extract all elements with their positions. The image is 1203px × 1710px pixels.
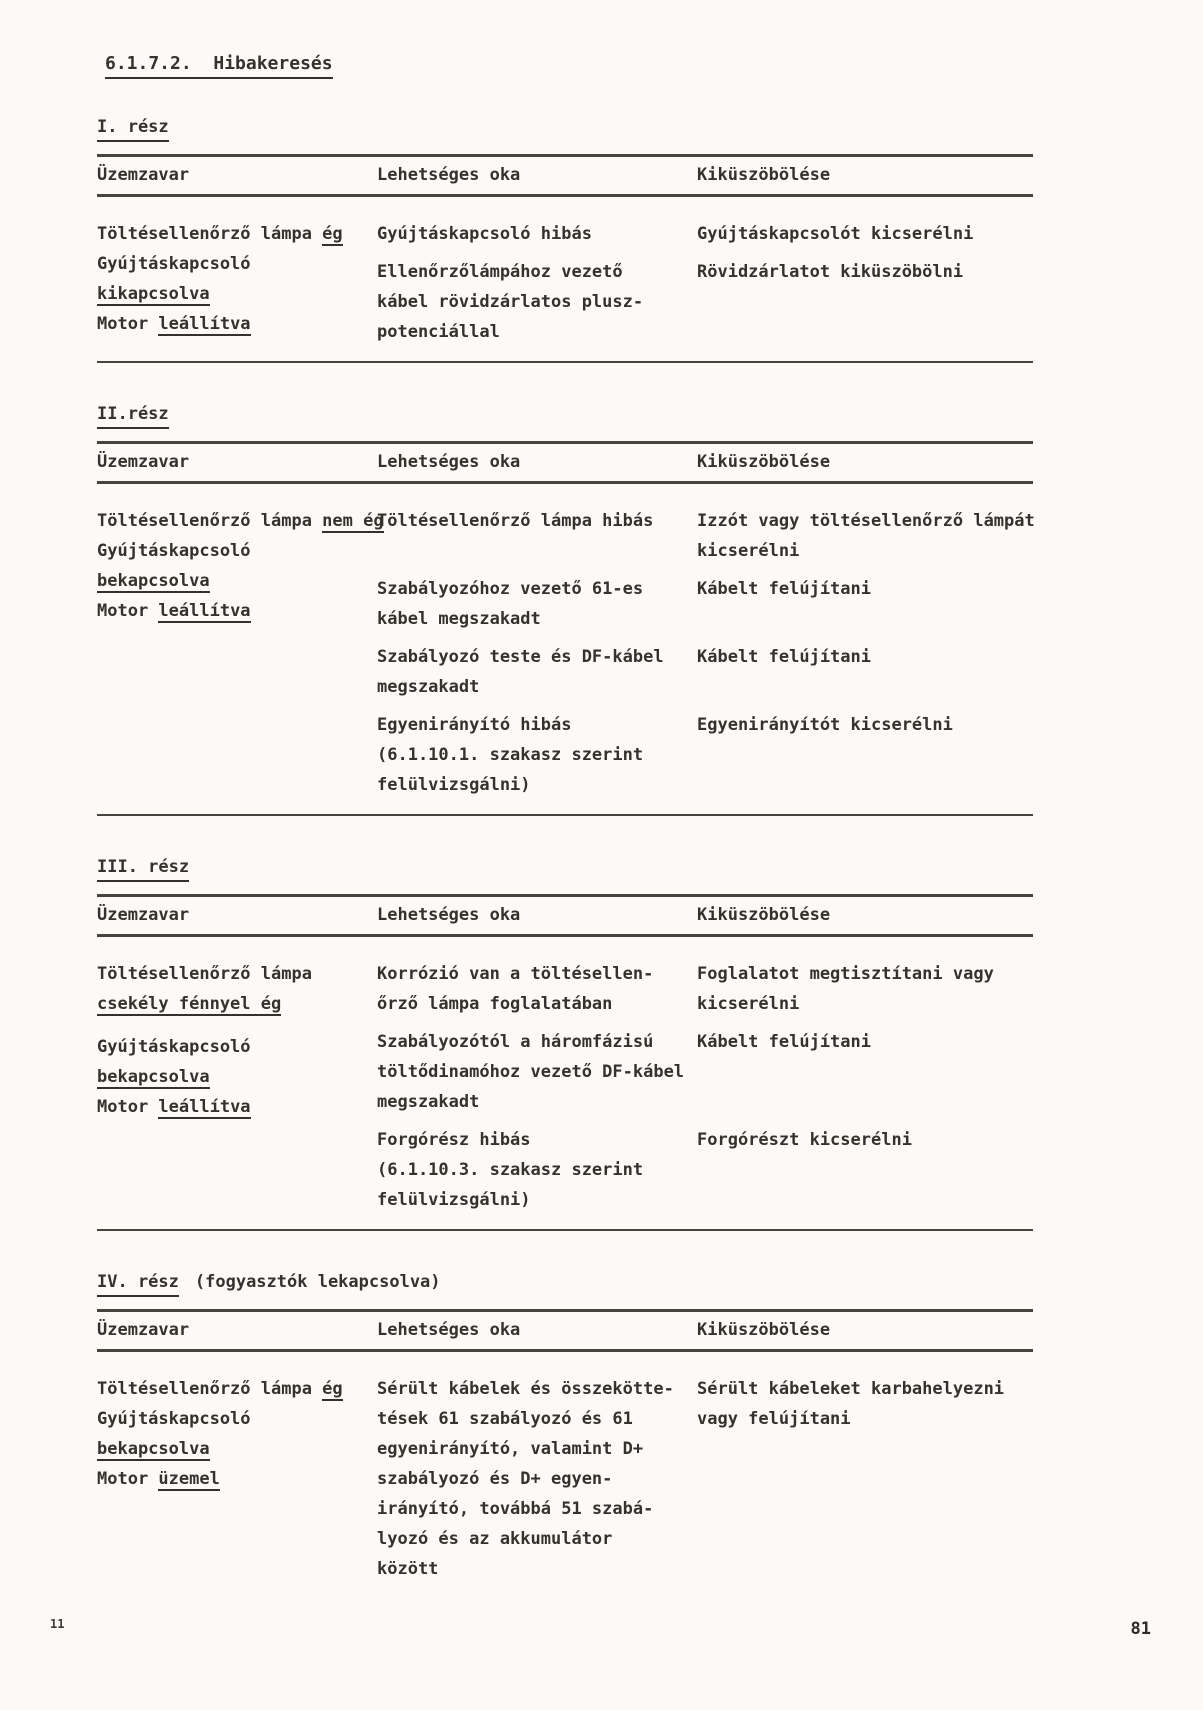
text: Forgórész hibás (377, 1130, 531, 1150)
text: Kábelt felújítani (697, 1032, 871, 1052)
text: Kábelt felújítani (697, 579, 871, 599)
troubleshooting-section: I. rész Üzemzavar Lehetséges oka Kiküszö… (97, 116, 1033, 363)
text: Forgórészt kicserélni (697, 1130, 912, 1150)
cause-cell: Gyújtáskapcsoló hibás (377, 219, 697, 249)
column-header: Kiküszöbölése (697, 904, 1033, 926)
column-header: Üzemzavar (97, 451, 377, 473)
page-title-text: 6.1.7.2. Hibakeresés (105, 53, 333, 79)
symptom-cell: Töltésellenőrző lámpa nem égGyújtáskapcs… (97, 506, 377, 800)
underlined-text: ég (322, 1379, 342, 1401)
text: lyozó és az akkumulátor (377, 1529, 612, 1549)
symptom-line: Motor üzemel (97, 1464, 377, 1494)
remedy-cell: Kábelt felújítani (697, 642, 1035, 702)
troubleshooting-section: II.rész Üzemzavar Lehetséges oka Kiküszö… (97, 403, 1033, 816)
cause-line: Gyújtáskapcsoló hibás (377, 219, 697, 249)
text: vagy felújítani (697, 1409, 851, 1429)
text: Sérült kábelek és összekötte- (377, 1379, 674, 1399)
text: Gyújtáskapcsoló (97, 1409, 251, 1429)
text: megszakadt (377, 1092, 479, 1112)
remedy-line: Kábelt felújítani (697, 574, 1035, 604)
underlined-text: üzemel (158, 1469, 219, 1491)
cause-line: Forgórész hibás (377, 1125, 697, 1155)
symptom-line: Töltésellenőrző lámpa ég (97, 219, 377, 249)
scanned-manual-page: 6.1.7.2. Hibakeresés I. rész Üzemzavar L… (0, 0, 1203, 1710)
table-header-row: Üzemzavar Lehetséges oka Kiküszöbölése (97, 154, 1033, 197)
text: Töltésellenőrző lámpa hibás (377, 511, 653, 531)
column-header: Lehetséges oka (377, 1319, 697, 1341)
text: Töltésellenőrző lámpa (97, 224, 322, 244)
cause-cell: Szabályozó teste és DF-kábelmegszakadt (377, 642, 697, 702)
cause-line: Korrózió van a töltésellen- (377, 959, 697, 989)
page-content: 6.1.7.2. Hibakeresés I. rész Üzemzavar L… (97, 52, 1033, 1598)
symptom-line: Motor leállítva (97, 309, 377, 339)
text: Ellenőrzőlámpához vezető (377, 262, 623, 282)
column-header: Kiküszöbölése (697, 164, 1033, 186)
remedy-line: Gyújtáskapcsolót kicserélni (697, 219, 1033, 249)
text: Motor (97, 1097, 158, 1117)
troubleshooting-table: Üzemzavar Lehetséges oka Kiküszöbölése T… (97, 441, 1033, 816)
text: Rövidzárlatot kiküszöbölni (697, 262, 963, 282)
remedy-cell: Foglalatot megtisztítani vagykicserélni (697, 959, 1033, 1019)
cause-remedy-list: Gyújtáskapcsoló hibásGyújtáskapcsolót ki… (377, 219, 1033, 347)
cause-line: kábel megszakadt (377, 604, 697, 634)
text: felülvizsgálni) (377, 775, 531, 795)
text: Gyújtáskapcsoló (97, 1037, 251, 1057)
symptom-line: Gyújtáskapcsoló (97, 1404, 377, 1434)
remedy-line: Rövidzárlatot kiküszöbölni (697, 257, 1033, 287)
table-body: Töltésellenőrző lámpacsekély fénnyel égG… (97, 937, 1033, 1231)
table-body: Töltésellenőrző lámpa égGyújtáskapcsolób… (97, 1352, 1033, 1598)
page-title: 6.1.7.2. Hibakeresés (105, 52, 1033, 76)
cause-remedy-list: Sérült kábelek és összekötte-tések 61 sz… (377, 1374, 1033, 1584)
cause-line: Szabályozó teste és DF-kábel (377, 642, 697, 672)
underlined-text: leállítva (158, 1097, 250, 1119)
text: Motor (97, 1469, 158, 1489)
remedy-line: Foglalatot megtisztítani vagy (697, 959, 1033, 989)
text: kábel megszakadt (377, 609, 541, 629)
text: Gyújtáskapcsolót kicserélni (697, 224, 973, 244)
text: egyenirányító, valamint D+ (377, 1439, 643, 1459)
page-number: 81 (1131, 1621, 1151, 1638)
cause-remedy-list: Korrózió van a töltésellen-őrző lámpa fo… (377, 959, 1033, 1215)
symptom-line: csekély fénnyel ég (97, 989, 377, 1019)
cause-line: irányító, továbbá 51 szabá- (377, 1494, 697, 1524)
remedy-line: Egyenirányítót kicserélni (697, 710, 1035, 740)
underlined-text: ég (322, 224, 342, 246)
underlined-text: leállítva (158, 314, 250, 336)
symptom-cell: Töltésellenőrző lámpa égGyújtáskapcsolób… (97, 1374, 377, 1584)
column-header: Lehetséges oka (377, 164, 697, 186)
symptom-line: Motor leállítva (97, 596, 377, 626)
symptom-line: bekapcsolva (97, 566, 377, 596)
column-header: Kiküszöbölése (697, 1319, 1033, 1341)
remedy-cell: Sérült kábeleket karbahelyeznivagy felúj… (697, 1374, 1033, 1584)
cause-line: szabályozó és D+ egyen- (377, 1464, 697, 1494)
symptom-line: Töltésellenőrző lámpa nem ég (97, 506, 377, 536)
section-label: I. rész (97, 117, 169, 142)
remedy-line: kicserélni (697, 536, 1035, 566)
underlined-text: bekapcsolva (97, 1067, 210, 1089)
text: Szabályozóhoz vezető 61-es (377, 579, 643, 599)
cause-line: között (377, 1554, 697, 1584)
text: Szabályozótól a háromfázisú (377, 1032, 653, 1052)
symptom-cell: Töltésellenőrző lámpa égGyújtáskapcsolók… (97, 219, 377, 347)
cause-cell: Egyenirányító hibás(6.1.10.1. szakasz sz… (377, 710, 697, 800)
cause-line: töltődinamóhoz vezető DF-kábel (377, 1057, 697, 1087)
symptom-line: Motor leállítva (97, 1092, 377, 1122)
underlined-text: nem ég (322, 511, 383, 533)
remedy-cell: Rövidzárlatot kiküszöbölni (697, 257, 1033, 347)
cause-cell: Szabályozóhoz vezető 61-eskábel megszaka… (377, 574, 697, 634)
remedy-line: kicserélni (697, 989, 1033, 1019)
text: Egyenirányítót kicserélni (697, 715, 953, 735)
underlined-text: csekély fénnyel ég (97, 994, 281, 1016)
symptom-line: bekapcsolva (97, 1062, 377, 1092)
symptom-line: Gyújtáskapcsoló (97, 249, 377, 279)
section-label: II.rész (97, 404, 169, 429)
text: megszakadt (377, 677, 479, 697)
text: Foglalatot megtisztítani vagy (697, 964, 994, 984)
text: között (377, 1559, 438, 1579)
text: (6.1.10.1. szakasz szerint (377, 745, 643, 765)
table-body: Töltésellenőrző lámpa nem égGyújtáskapcs… (97, 484, 1033, 816)
cause-line: potenciállal (377, 317, 697, 347)
text: Gyújtáskapcsoló (97, 541, 251, 561)
remedy-cell: Egyenirányítót kicserélni (697, 710, 1035, 800)
remedy-line: Kábelt felújítani (697, 642, 1035, 672)
underlined-text: bekapcsolva (97, 571, 210, 593)
cause-cell: Korrózió van a töltésellen-őrző lámpa fo… (377, 959, 697, 1019)
text: kicserélni (697, 541, 799, 561)
text: kicserélni (697, 994, 799, 1014)
remedy-line: Kábelt felújítani (697, 1027, 1033, 1057)
cause-line: Egyenirányító hibás (377, 710, 697, 740)
cause-cell: Forgórész hibás(6.1.10.3. szakasz szerin… (377, 1125, 697, 1215)
cause-line: lyozó és az akkumulátor (377, 1524, 697, 1554)
column-header: Üzemzavar (97, 164, 377, 186)
text: Korrózió van a töltésellen- (377, 964, 653, 984)
remedy-line: vagy felújítani (697, 1404, 1033, 1434)
section-heading: III. rész (97, 856, 1033, 878)
section-heading: I. rész (97, 116, 1033, 138)
cause-cell: Szabályozótól a háromfázisútöltődinamóho… (377, 1027, 697, 1117)
text: Kábelt felújítani (697, 647, 871, 667)
text: Izzót vagy töltésellenőrző lámpát (697, 511, 1035, 531)
remedy-cell: Gyújtáskapcsolót kicserélni (697, 219, 1033, 249)
table-header-row: Üzemzavar Lehetséges oka Kiküszöbölése (97, 1309, 1033, 1352)
symptom-line: Töltésellenőrző lámpa ég (97, 1374, 377, 1404)
troubleshooting-table: Üzemzavar Lehetséges oka Kiküszöbölése T… (97, 1309, 1033, 1598)
cause-cell: Ellenőrzőlámpához vezetőkábel rövidzárla… (377, 257, 697, 347)
column-header: Üzemzavar (97, 904, 377, 926)
section-heading: II.rész (97, 403, 1033, 425)
text: Motor (97, 314, 158, 334)
cause-line: Ellenőrzőlámpához vezető (377, 257, 697, 287)
symptom-line: bekapcsolva (97, 1434, 377, 1464)
table-header-row: Üzemzavar Lehetséges oka Kiküszöbölése (97, 894, 1033, 937)
cause-cell: Töltésellenőrző lámpa hibás (377, 506, 697, 566)
text: Sérült kábeleket karbahelyezni (697, 1379, 1004, 1399)
remedy-line: Forgórészt kicserélni (697, 1125, 1033, 1155)
text: Szabályozó teste és DF-kábel (377, 647, 664, 667)
cause-remedy-list: Töltésellenőrző lámpa hibásIzzót vagy tö… (377, 506, 1035, 800)
text: felülvizsgálni) (377, 1190, 531, 1210)
cause-line: Szabályozóhoz vezető 61-es (377, 574, 697, 604)
text: Töltésellenőrző lámpa (97, 1379, 322, 1399)
troubleshooting-section: III. rész Üzemzavar Lehetséges oka Kiküs… (97, 856, 1033, 1231)
text: tések 61 szabályozó és 61 (377, 1409, 633, 1429)
troubleshooting-table: Üzemzavar Lehetséges oka Kiküszöbölése T… (97, 894, 1033, 1231)
cause-cell: Sérült kábelek és összekötte-tések 61 sz… (377, 1374, 697, 1584)
remedy-line: Izzót vagy töltésellenőrző lámpát (697, 506, 1035, 536)
cause-line: egyenirányító, valamint D+ (377, 1434, 697, 1464)
text: potenciállal (377, 322, 500, 342)
sheet-number: 11 (50, 1618, 64, 1630)
text: Töltésellenőrző lámpa (97, 511, 322, 531)
underlined-text: leállítva (158, 601, 250, 623)
table-body: Töltésellenőrző lámpa égGyújtáskapcsolók… (97, 197, 1033, 363)
column-header: Üzemzavar (97, 1319, 377, 1341)
remedy-cell: Forgórészt kicserélni (697, 1125, 1033, 1215)
text: Töltésellenőrző lámpa (97, 964, 312, 984)
cause-line: megszakadt (377, 672, 697, 702)
cause-line: kábel rövidzárlatos plusz- (377, 287, 697, 317)
troubleshooting-table: Üzemzavar Lehetséges oka Kiküszöbölése T… (97, 154, 1033, 363)
cause-line: Töltésellenőrző lámpa hibás (377, 506, 697, 536)
text: töltődinamóhoz vezető DF-kábel (377, 1062, 684, 1082)
troubleshooting-section: IV. rész(fogyasztók lekapcsolva) Üzemzav… (97, 1271, 1033, 1598)
cause-line: tések 61 szabályozó és 61 (377, 1404, 697, 1434)
cause-line: felülvizsgálni) (377, 770, 697, 800)
cause-line: felülvizsgálni) (377, 1185, 697, 1215)
text: Gyújtáskapcsoló hibás (377, 224, 592, 244)
column-header: Kiküszöbölése (697, 451, 1033, 473)
text: Egyenirányító hibás (377, 715, 571, 735)
cause-line: Sérült kábelek és összekötte- (377, 1374, 697, 1404)
remedy-line: Sérült kábeleket karbahelyezni (697, 1374, 1033, 1404)
text: kábel rövidzárlatos plusz- (377, 292, 643, 312)
text: Gyújtáskapcsoló (97, 254, 251, 274)
symptom-line: Gyújtáskapcsoló (97, 536, 377, 566)
remedy-cell: Kábelt felújítani (697, 574, 1035, 634)
cause-line: őrző lámpa foglalatában (377, 989, 697, 1019)
underlined-text: bekapcsolva (97, 1439, 210, 1461)
underlined-text: kikapcsolva (97, 284, 210, 306)
symptom-line: kikapcsolva (97, 279, 377, 309)
sections: I. rész Üzemzavar Lehetséges oka Kiküszö… (97, 116, 1033, 1598)
cause-line: megszakadt (377, 1087, 697, 1117)
cause-line: (6.1.10.3. szakasz szerint (377, 1155, 697, 1185)
text: őrző lámpa foglalatában (377, 994, 612, 1014)
column-header: Lehetséges oka (377, 451, 697, 473)
symptom-line: Töltésellenőrző lámpa (97, 959, 377, 989)
section-label: IV. rész (97, 1272, 179, 1297)
text: szabályozó és D+ egyen- (377, 1469, 612, 1489)
text: (6.1.10.3. szakasz szerint (377, 1160, 643, 1180)
remedy-cell: Izzót vagy töltésellenőrző lámpátkicseré… (697, 506, 1035, 566)
cause-line: Szabályozótól a háromfázisú (377, 1027, 697, 1057)
section-label: III. rész (97, 857, 189, 882)
symptom-cell: Töltésellenőrző lámpacsekély fénnyel égG… (97, 959, 377, 1215)
section-note: (fogyasztók lekapcsolva) (195, 1272, 441, 1292)
symptom-line: Gyújtáskapcsoló (97, 1032, 377, 1062)
section-heading: IV. rész(fogyasztók lekapcsolva) (97, 1271, 1033, 1293)
cause-line: (6.1.10.1. szakasz szerint (377, 740, 697, 770)
table-header-row: Üzemzavar Lehetséges oka Kiküszöbölése (97, 441, 1033, 484)
text: Motor (97, 601, 158, 621)
remedy-cell: Kábelt felújítani (697, 1027, 1033, 1117)
text: irányító, továbbá 51 szabá- (377, 1499, 653, 1519)
column-header: Lehetséges oka (377, 904, 697, 926)
